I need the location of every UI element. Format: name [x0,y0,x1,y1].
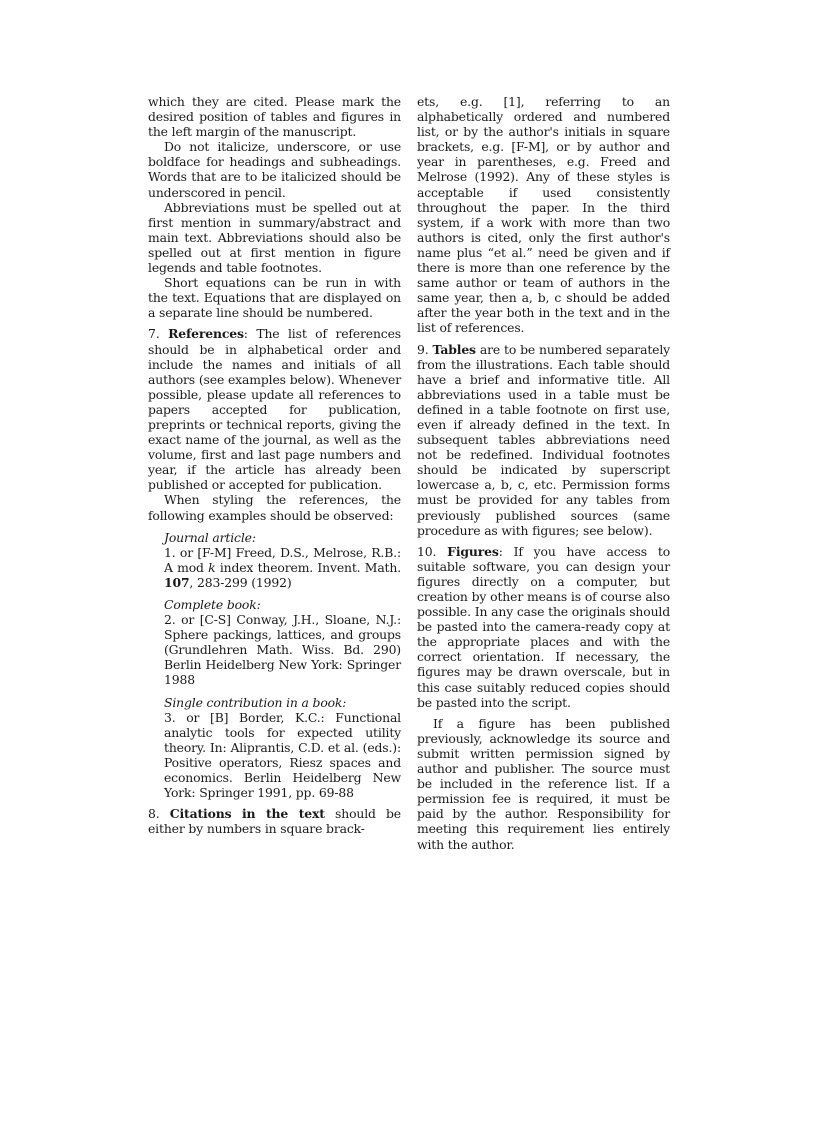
paragraph-abbreviations: Abbreviations must be spelled out at fir… [148,200,401,275]
section-number: 10. [417,544,436,559]
reference-example-journal: Journal article: 1. or [F-M] Freed, D.S.… [148,530,401,590]
reference-example-book: Complete book: 2. or [C-S] Conway, J.H.,… [148,597,401,688]
section-number: 8. [148,806,160,821]
reference-kind-label: Complete book: [164,597,401,612]
section-heading: References [168,326,244,341]
right-column: ets, e.g. [1], referring to an alphabeti… [417,94,670,852]
document-page: which they are cited. Please mark the de… [148,94,670,852]
paragraph-figure-permission: If a figure has been published previousl… [417,716,670,852]
reference-kind-label: Single contribution in a book: [164,695,401,710]
section-text: are to be numbered separately from the i… [417,342,670,538]
section-figures: 10. Figures: If you have access to suita… [417,544,670,710]
section-text: : If you have access to suitable softwar… [417,544,670,710]
reference-kind-label: Journal article: [164,530,401,545]
section-number: 9. [417,342,429,357]
section-number: 7. [148,326,160,341]
section-heading: Tables [432,342,475,357]
section-references: 7. References: The list of references sh… [148,326,401,492]
paragraph-italics-rule: Do not italicize, underscore, or use bol… [148,139,401,199]
reference-example-contribution: Single contribution in a book: 3. or [B]… [148,695,401,801]
section-text: : The list of references should be in al… [148,326,401,492]
reference-entry: 1. or [F-M] Freed, D.S., Melrose, R.B.: … [164,545,401,590]
reference-text: index theorem. Invent. Math. [216,560,402,575]
left-column: which they are cited. Please mark the de… [148,94,401,852]
reference-math: k [208,560,215,575]
section-tables: 9. Tables are to be numbered separately … [417,342,670,538]
paragraph-reference-styling: When styling the references, the followi… [148,492,401,522]
reference-volume: 107 [164,575,189,590]
paragraph-continuation: which they are cited. Please mark the de… [148,94,401,139]
reference-entry: 3. or [B] Border, K.C.: Functional analy… [164,710,401,801]
reference-entry: 2. or [C-S] Conway, J.H., Sloane, N.J.: … [164,612,401,687]
section-citations: 8. Citations in the text should be eithe… [148,806,401,836]
reference-text: , 283-299 (1992) [189,575,291,590]
paragraph-equations: Short equations can be run in with the t… [148,275,401,320]
paragraph-citations-continued: ets, e.g. [1], referring to an alphabeti… [417,94,670,336]
section-heading: Citations in the text [170,806,325,821]
section-heading: Figures [447,544,499,559]
